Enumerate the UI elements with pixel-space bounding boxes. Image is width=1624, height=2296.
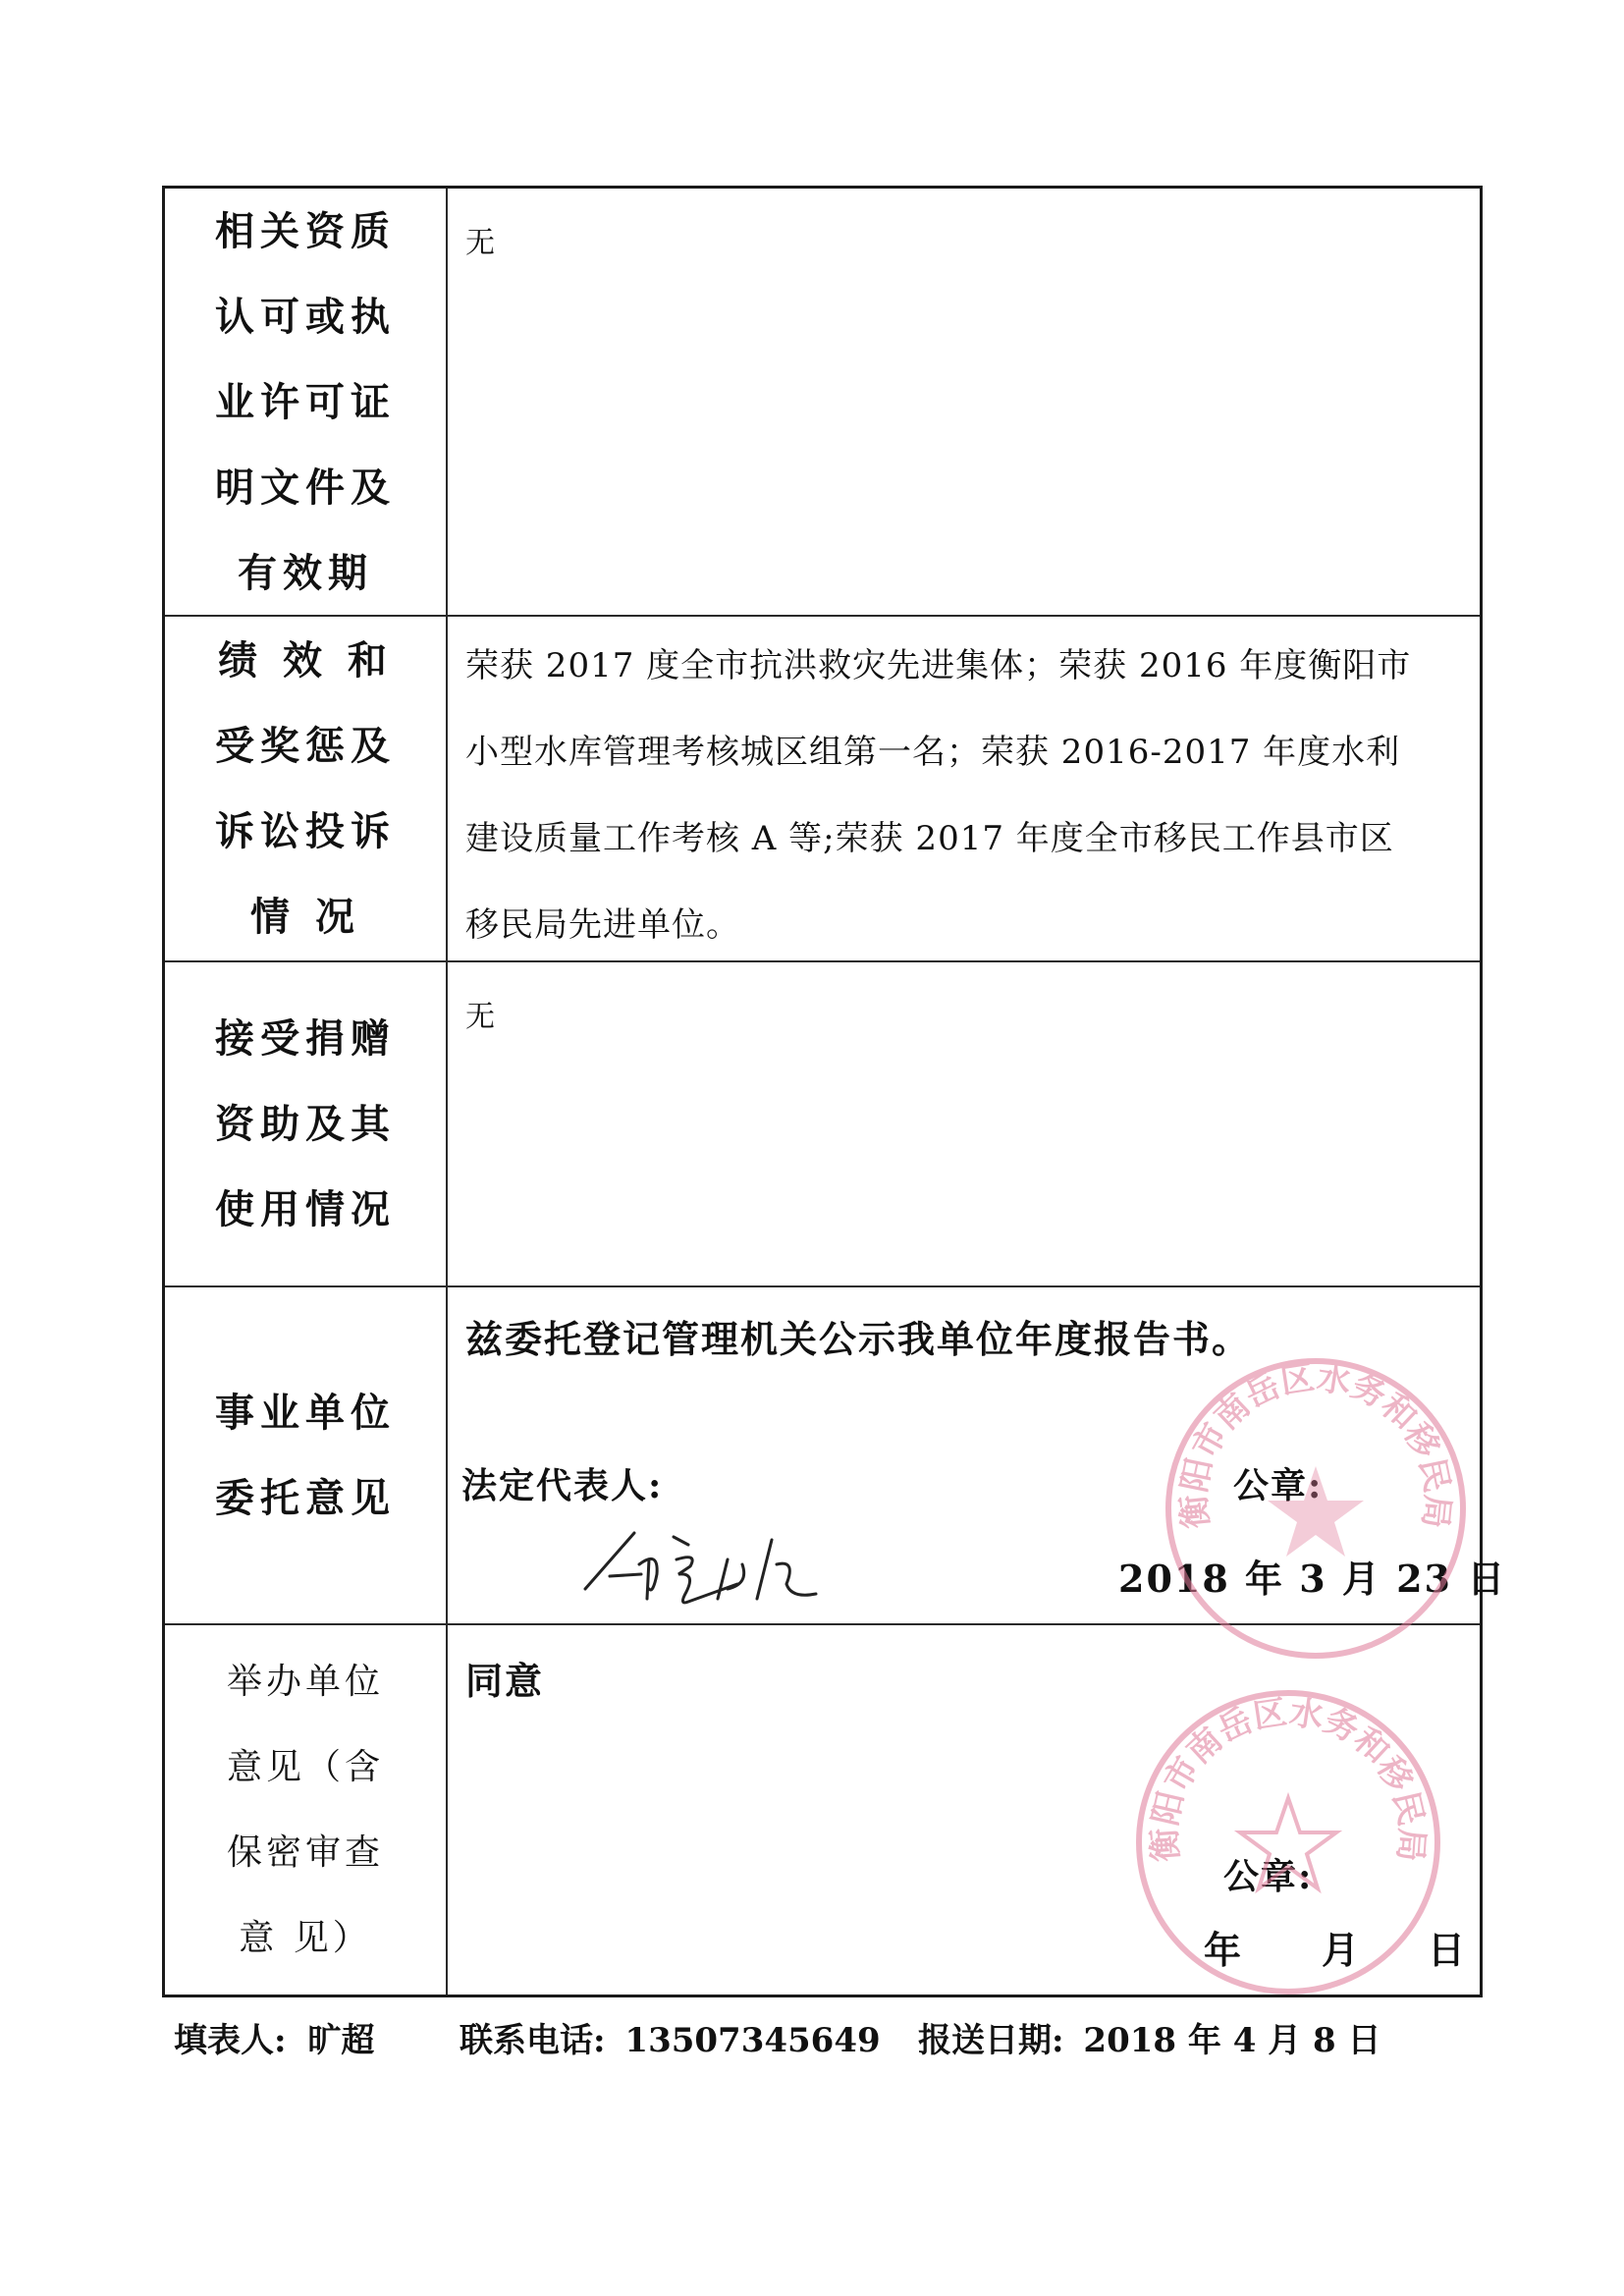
content-qualifications: 无 [448,189,1480,615]
label-line: 使用情况 [215,1167,396,1252]
label-line: 绩 效 和 [218,618,393,703]
label-line: 认可或执 [215,274,396,359]
label-sponsor-opinion: 举办单位 意见（含 保密审查 意 见） [165,1625,448,1995]
awards-line: 建设质量工作考核 A 等;荣获 2017 年度全市移民工作县市区 [465,795,1462,882]
label-line: 情 况 [250,874,360,959]
donations-value: 无 [465,992,1462,1035]
phone-label: 联系电话: [460,2021,606,2060]
label-line: 诉讼投诉 [215,789,396,874]
label-line: 事业单位 [215,1370,396,1455]
label-line: 受奖惩及 [215,703,396,789]
sponsor-opinion-value: 同意 [465,1651,544,1705]
phone-field: 联系电话: 13507345649 [460,2013,881,2061]
date-day: 日 [1428,1920,1467,1974]
label-line: 明文件及 [215,445,396,530]
label-line: 举办单位 [227,1639,384,1724]
seal-label: 公章: [1233,1458,1323,1508]
awards-line: 移民局先进单位。 [465,882,1462,968]
content-sponsor-opinion: 同意 公章: 年 月 日 [448,1625,1480,1995]
label-line: 保密审查 [227,1810,384,1895]
row-qualifications: 相关资质 认可或执 业许可证 明文件及 有效期 无 [165,189,1480,615]
awards-line: 小型水库管理考核城区组第一名；荣获 2016-2017 年度水利 [465,709,1462,795]
content-entrustment-opinion: 兹委托登记管理机关公示我单位年度报告书。 法定代表人: 公章: 2018 年 3… [448,1287,1480,1623]
label-qualifications: 相关资质 认可或执 业许可证 明文件及 有效期 [165,189,448,615]
submit-date-label: 报送日期: [918,2021,1064,2060]
submit-date-field: 报送日期: 2018 年 4 月 8 日 [918,2013,1381,2061]
label-line: 接受捐赠 [215,996,396,1081]
label-entrustment-opinion: 事业单位 委托意见 [165,1287,448,1623]
filler-label: 填表人: [174,2021,287,2060]
seal-label: 公章: [1223,1849,1313,1899]
entrustment-statement: 兹委托登记管理机关公示我单位年度报告书。 [465,1309,1251,1363]
qualifications-value: 无 [465,218,1462,261]
row-entrustment-opinion: 事业单位 委托意见 兹委托登记管理机关公示我单位年度报告书。 法定代表人: 公章… [165,1285,1480,1623]
content-donations: 无 [448,962,1480,1285]
row-sponsor-opinion: 举办单位 意见（含 保密审查 意 见） 同意 公章: 年 月 日 [165,1623,1480,1995]
submit-date: 2018 年 4 月 8 日 [1083,2021,1380,2060]
signature-image [580,1515,826,1609]
date-month: 月 [1322,1920,1361,1974]
awards-line: 荣获 2017 度全市抗洪救灾先进集体；荣获 2016 年度衡阳市 [465,623,1462,709]
content-performance-awards: 荣获 2017 度全市抗洪救灾先进集体；荣获 2016 年度衡阳市 小型水库管理… [448,617,1480,960]
label-line: 资助及其 [215,1081,396,1167]
label-donations: 接受捐赠 资助及其 使用情况 [165,962,448,1285]
filler-field: 填表人: 旷超 [174,2013,374,2061]
filler-name: 旷超 [307,2021,374,2060]
row-donations: 接受捐赠 资助及其 使用情况 无 [165,960,1480,1285]
label-performance-awards: 绩 效 和 受奖惩及 诉讼投诉 情 况 [165,617,448,960]
legal-representative-label: 法定代表人: [461,1458,663,1508]
row-performance-awards: 绩 效 和 受奖惩及 诉讼投诉 情 况 荣获 2017 度全市抗洪救灾先进集体；… [165,615,1480,960]
annual-report-form-table: 相关资质 认可或执 业许可证 明文件及 有效期 无 绩 效 和 受奖惩及 诉讼投… [162,186,1483,1997]
entrustment-date: 2018 年 3 月 23 日 [1118,1549,1506,1603]
date-year: 年 [1204,1920,1243,1974]
label-line: 相关资质 [215,189,396,274]
label-line: 委托意见 [215,1455,396,1541]
label-line: 意见（含 [227,1724,384,1810]
label-line: 意 见） [239,1895,371,1981]
phone-number: 13507345649 [624,2021,880,2060]
label-line: 有效期 [238,530,373,616]
label-line: 业许可证 [215,359,396,445]
